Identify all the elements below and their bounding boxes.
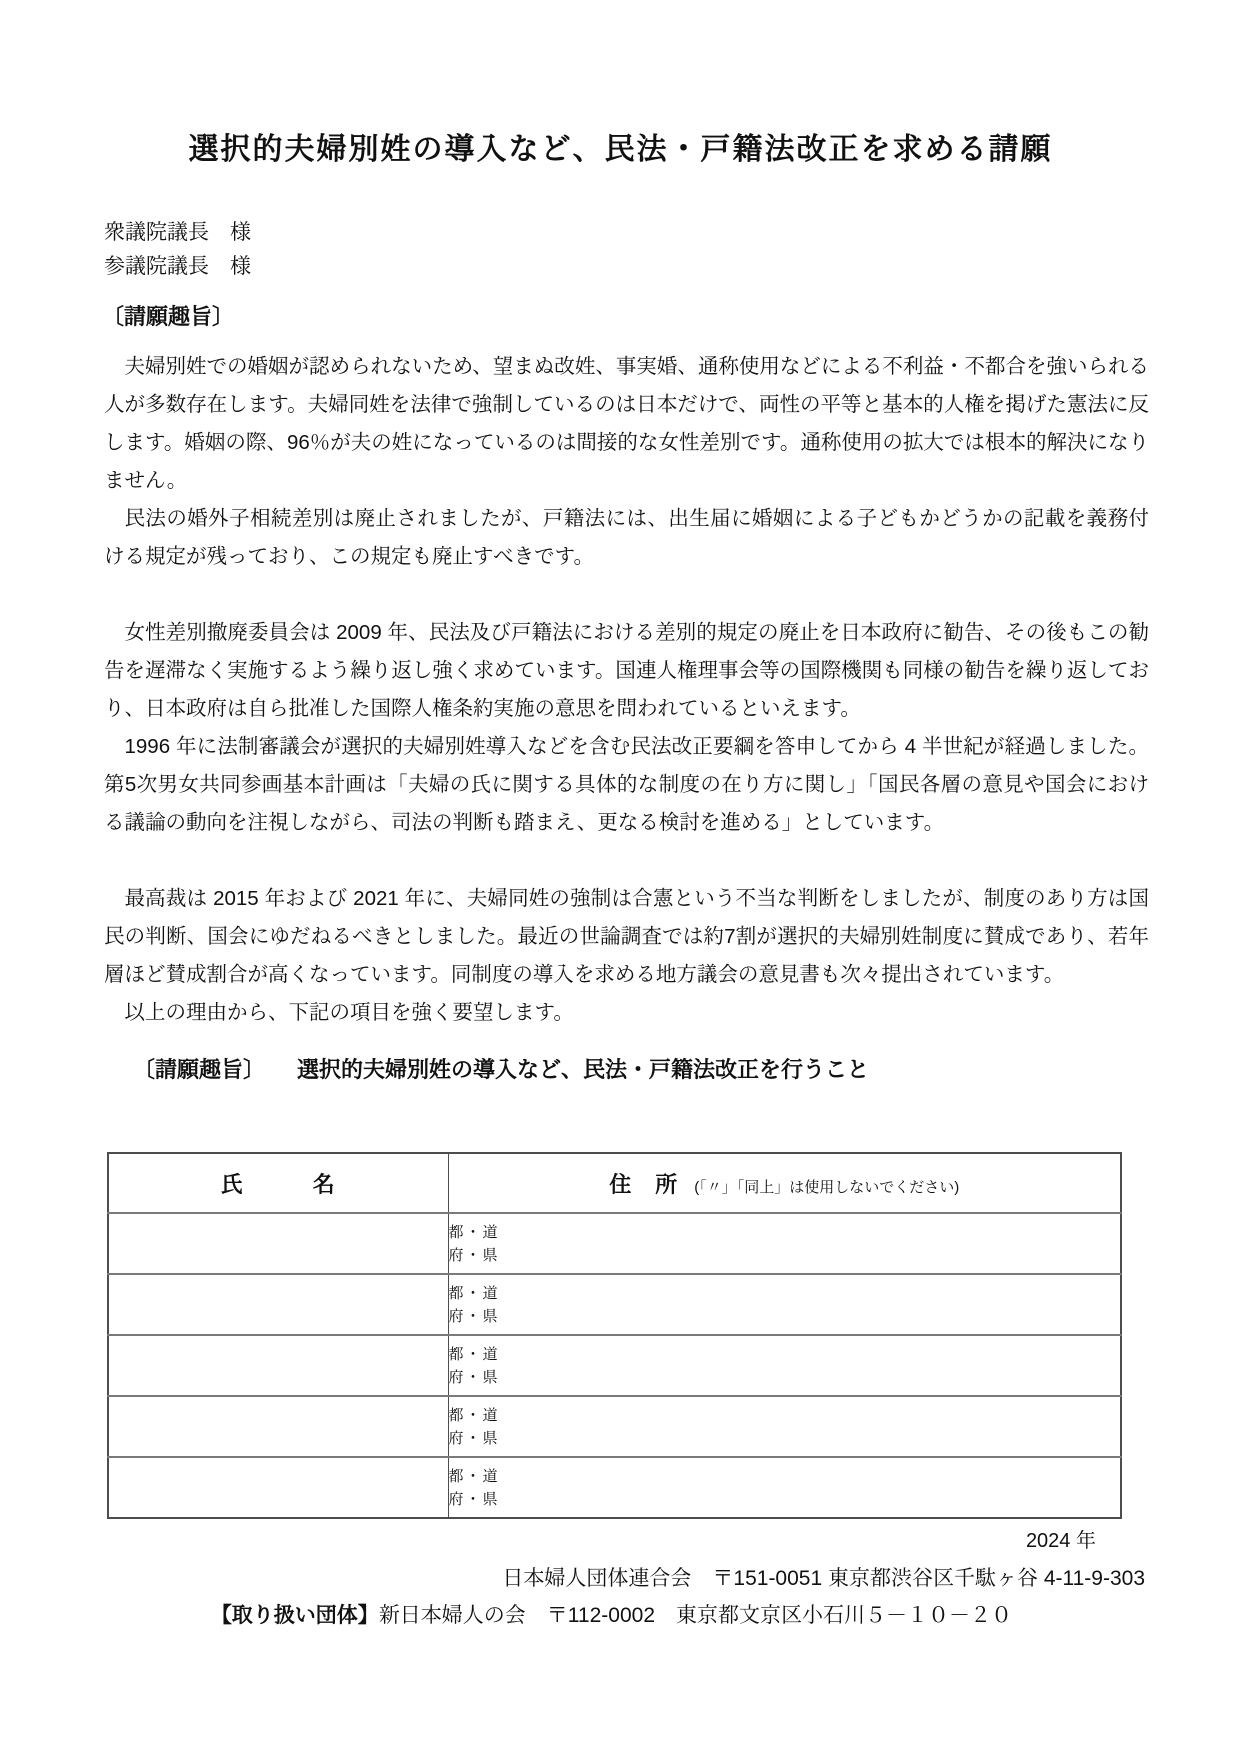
body-paragraph: 最高裁は 2015 年および 2021 年に、夫婦同姓の強制は合憲という不当な判… — [104, 880, 1149, 994]
signature-table-body: 都・道 府・県 都・道 府・県 — [108, 1213, 1121, 1518]
prefecture-label-line1: 都・道 — [449, 1221, 1121, 1244]
prefecture-label-line2: 府・県 — [449, 1305, 1121, 1328]
petition-item-line: 〔請願趣旨〕選択的夫婦別姓の導入など、民法・戸籍法改正を行うこと — [133, 1054, 1149, 1086]
prefecture-label-line2: 府・県 — [449, 1244, 1121, 1267]
signature-row: 都・道 府・県 — [108, 1396, 1121, 1457]
prefecture-label: 都・道 府・県 — [449, 1404, 1121, 1450]
prefecture-label-line2: 府・県 — [449, 1366, 1121, 1389]
body-paragraph: 民法の婚外子相続差別は廃止されましたが、戸籍法には、出生届に婚姻による子どもかど… — [104, 500, 1149, 576]
address-input-cell[interactable]: 都・道 府・県 — [448, 1335, 1121, 1396]
name-input-cell[interactable] — [108, 1335, 448, 1396]
address-input-cell[interactable]: 都・道 府・県 — [448, 1396, 1121, 1457]
footer-handler-line: 【取り扱い団体】新日本婦人の会 〒112-0002 東京都文京区小石川５－１０－… — [0, 1597, 1012, 1634]
handler-label: 【取り扱い団体】 — [211, 1604, 379, 1627]
prefecture-label: 都・道 府・県 — [449, 1221, 1121, 1267]
name-input-cell[interactable] — [108, 1457, 448, 1518]
prefecture-label-line2: 府・県 — [449, 1488, 1121, 1511]
signature-table-header: 氏 名 住 所(「〃」「同上」は使用しないでください) — [108, 1153, 1121, 1213]
body-content: 夫婦別姓での婚姻が認められないため、望まぬ改姓、事実婚、通称使用などによる不利益… — [0, 348, 1241, 1519]
addressee-line-house: 衆議院議長 様 — [104, 216, 1241, 250]
body-paragraph: 女性差別撤廃委員会は 2009 年、民法及び戸籍法における差別的規定の廃止を日本… — [104, 614, 1149, 728]
prefecture-label: 都・道 府・県 — [449, 1282, 1121, 1328]
name-input-cell[interactable] — [108, 1274, 448, 1335]
signature-table: 氏 名 住 所(「〃」「同上」は使用しないでください) 都・道 府・県 — [107, 1152, 1122, 1519]
document-title: 選択的夫婦別姓の導入など、民法・戸籍法改正を求める請願 — [0, 0, 1241, 172]
footer-block: 2024 年 日本婦人団体連合会 〒151-0051 東京都渋谷区千駄ヶ谷 4-… — [0, 1523, 1241, 1634]
addressee-line-councillors: 参議院議長 様 — [104, 250, 1241, 284]
purpose-heading: 〔請願趣旨〕 — [102, 302, 1241, 332]
address-input-cell[interactable]: 都・道 府・県 — [448, 1457, 1121, 1518]
prefecture-label-line1: 都・道 — [449, 1404, 1121, 1427]
handler-text: 新日本婦人の会 〒112-0002 東京都文京区小石川５－１０－２０ — [379, 1604, 1012, 1627]
petition-document-page: 選択的夫婦別姓の導入など、民法・戸籍法改正を求める請願 衆議院議長 様 参議院議… — [0, 0, 1241, 1755]
signature-row: 都・道 府・県 — [108, 1213, 1121, 1274]
prefecture-label-line1: 都・道 — [449, 1343, 1121, 1366]
prefecture-label: 都・道 府・県 — [449, 1343, 1121, 1389]
signature-row: 都・道 府・県 — [108, 1335, 1121, 1396]
petition-item-label: 〔請願趣旨〕 — [133, 1057, 265, 1082]
name-input-cell[interactable] — [108, 1213, 448, 1274]
prefecture-label-line1: 都・道 — [449, 1282, 1121, 1305]
signature-row: 都・道 府・県 — [108, 1274, 1121, 1335]
footer-organization: 日本婦人団体連合会 〒151-0051 東京都渋谷区千駄ヶ谷 4-11-9-30… — [0, 1560, 1145, 1597]
prefecture-label-line1: 都・道 — [449, 1465, 1121, 1488]
signature-row: 都・道 府・県 — [108, 1457, 1121, 1518]
address-column-header: 住 所(「〃」「同上」は使用しないでください) — [448, 1153, 1121, 1213]
body-paragraph: 以上の理由から、下記の項目を強く要望します。 — [104, 994, 1149, 1032]
petition-item-text: 選択的夫婦別姓の導入など、民法・戸籍法改正を行うこと — [297, 1057, 869, 1082]
address-input-cell[interactable]: 都・道 府・県 — [448, 1213, 1121, 1274]
prefecture-label-line2: 府・県 — [449, 1427, 1121, 1450]
footer-year: 2024 年 — [0, 1523, 1096, 1560]
header-row: 氏 名 住 所(「〃」「同上」は使用しないでください) — [108, 1153, 1121, 1213]
body-paragraph: 夫婦別姓での婚姻が認められないため、望まぬ改姓、事実婚、通称使用などによる不利益… — [104, 348, 1149, 500]
addressee-block: 衆議院議長 様 参議院議長 様 — [104, 216, 1241, 284]
address-header-note: (「〃」「同上」は使用しないでください) — [694, 1179, 959, 1196]
address-input-cell[interactable]: 都・道 府・県 — [448, 1274, 1121, 1335]
name-input-cell[interactable] — [108, 1396, 448, 1457]
prefecture-label: 都・道 府・県 — [449, 1465, 1121, 1511]
name-column-header: 氏 名 — [108, 1153, 448, 1213]
body-paragraph: 1996 年に法制審議会が選択的夫婦別姓導入などを含む民法改正要綱を答申してから… — [104, 728, 1149, 842]
address-header-label: 住 所 — [609, 1172, 678, 1197]
